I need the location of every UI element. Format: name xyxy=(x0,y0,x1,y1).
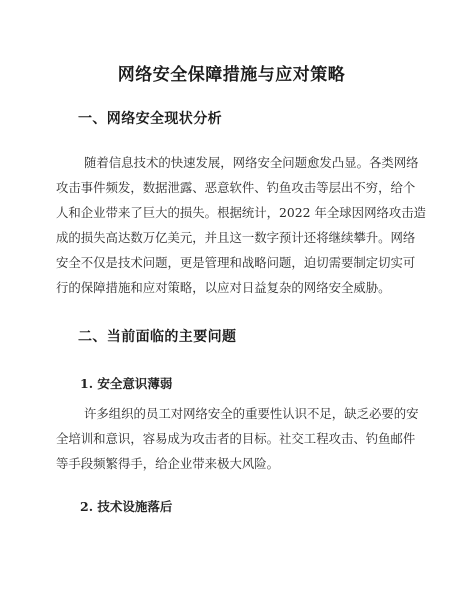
paragraph-cybersecurity-status: 随着信息技术的快速发展，网络安全问题愈发凸显。各类网络 攻击事件频发，数据泄露、… xyxy=(56,150,408,300)
section-heading-1: 一、网络安全现状分析 xyxy=(78,108,222,128)
section-heading-2: 二、当前面临的主要问题 xyxy=(78,326,236,346)
paragraph-line: 全培训和意识，容易成为攻击者的目标。社交工程攻击、钓鱼邮件 xyxy=(56,426,408,451)
subsection-heading-outdated-infrastructure: 2. 技术设施落后 xyxy=(80,497,172,515)
paragraph-line: 安全不仅是技术问题，更是管理和战略问题，迫切需要制定切实可 xyxy=(56,250,408,275)
paragraph-line: 攻击事件频发，数据泄露、恶意软件、钓鱼攻击等层出不穷，给个 xyxy=(56,175,408,200)
paragraph-line: 成的损失高达数万亿美元，并且这一数字预计还将继续攀升。网络 xyxy=(56,225,408,250)
paragraph-line: 等手段频繁得手，给企业带来极大风险。 xyxy=(56,451,408,476)
paragraph-line: 行的保障措施和应对策略，以应对日益复杂的网络安全威胁。 xyxy=(56,275,408,300)
paragraph-security-awareness: 许多组织的员工对网络安全的重要性认识不足，缺乏必要的安 全培训和意识，容易成为攻… xyxy=(56,401,408,476)
paragraph-line: 人和企业带来了巨大的损失。根据统计，2022 年全球因网络攻击造 xyxy=(56,200,408,225)
document-page: 网络安全保障措施与应对策略 一、网络安全现状分析 随着信息技术的快速发展，网络安… xyxy=(0,0,463,600)
paragraph-line: 随着信息技术的快速发展，网络安全问题愈发凸显。各类网络 xyxy=(56,150,408,175)
subsection-heading-security-awareness: 1. 安全意识薄弱 xyxy=(80,374,172,392)
paragraph-line: 许多组织的员工对网络安全的重要性认识不足，缺乏必要的安 xyxy=(56,401,408,426)
document-title: 网络安全保障措施与应对策略 xyxy=(0,60,463,85)
